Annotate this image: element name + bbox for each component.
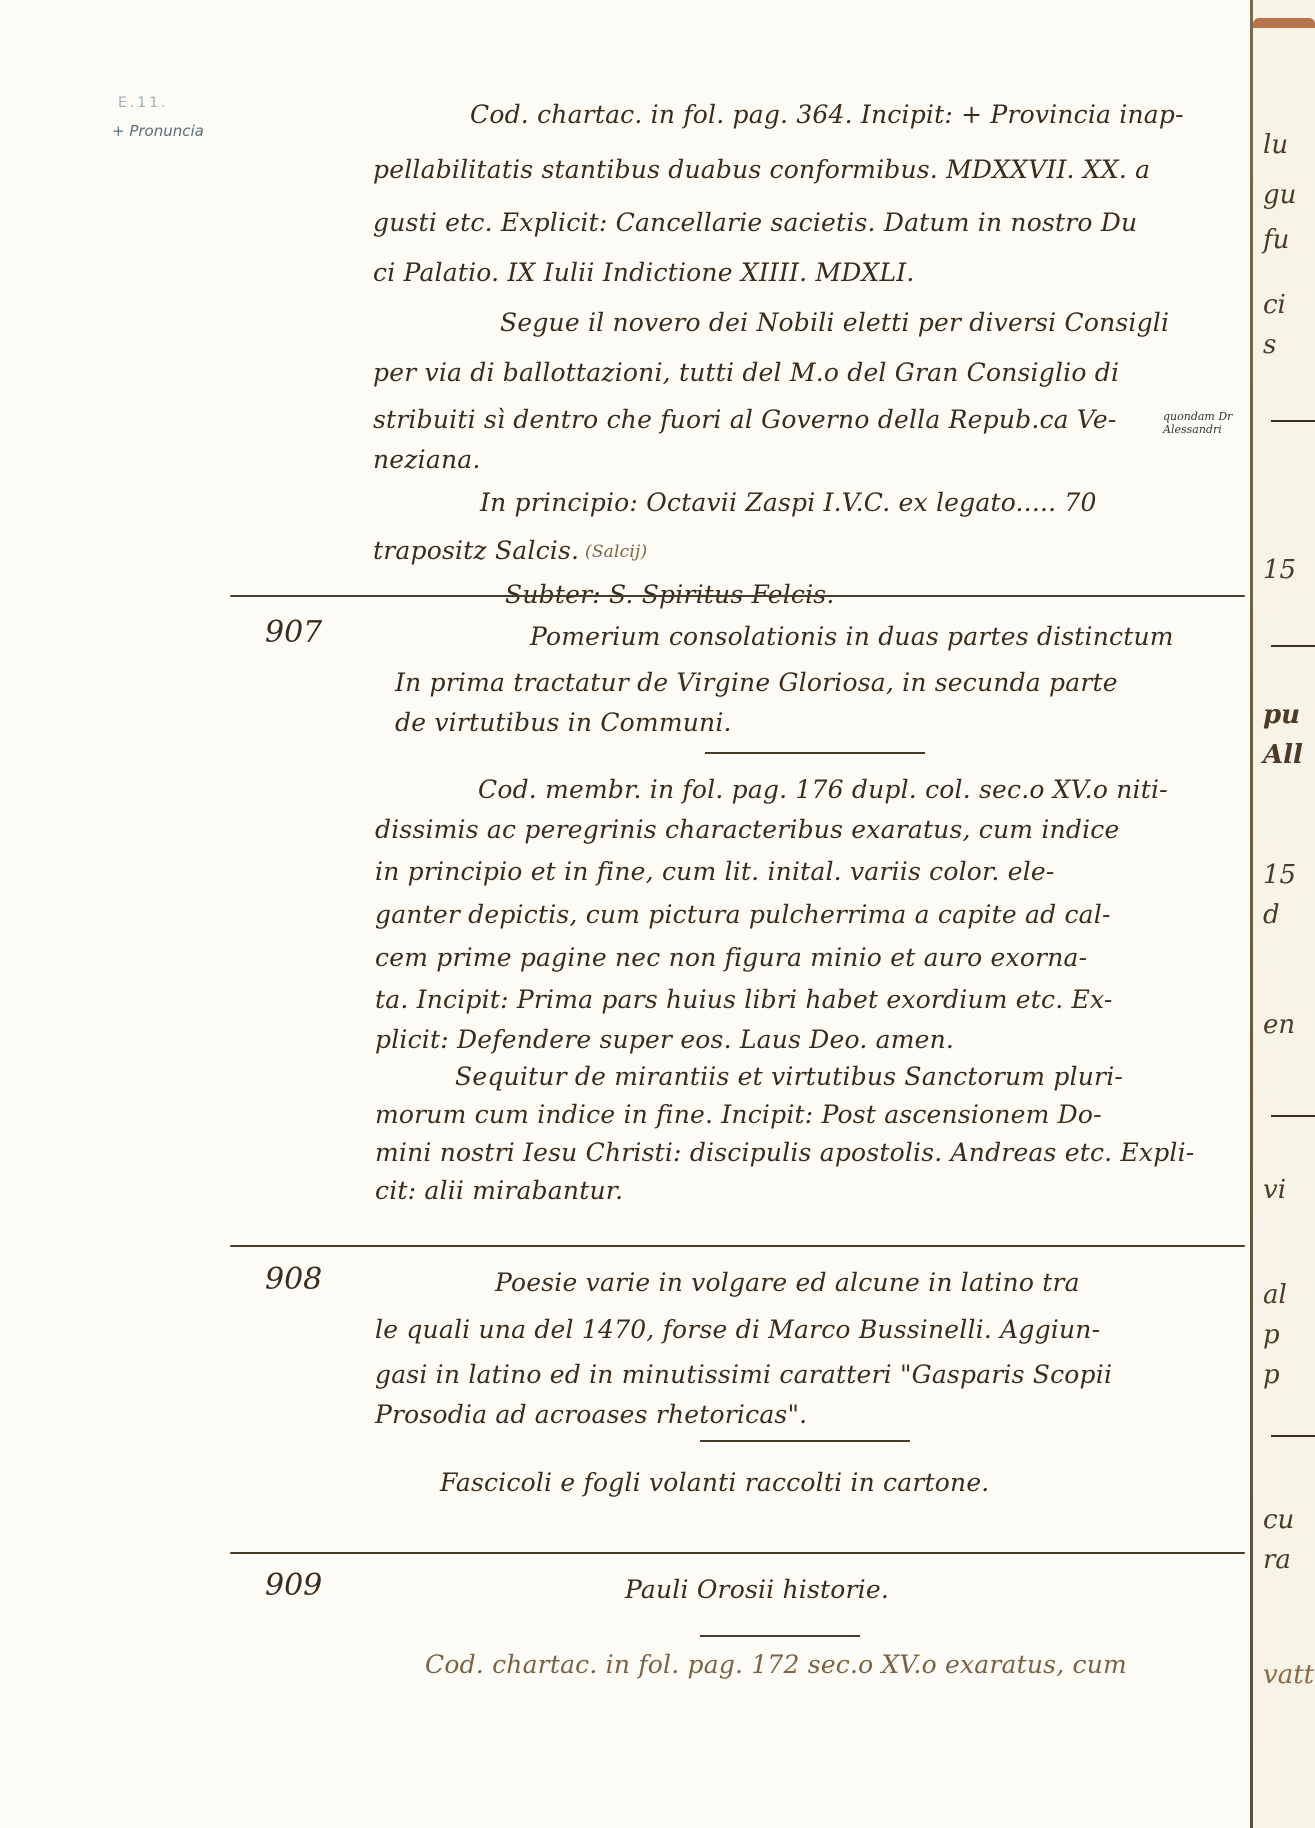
- adjacent-rule: [1271, 1435, 1315, 1437]
- adjacent-fragment: s: [1263, 330, 1276, 360]
- adjacent-rule: [1271, 1115, 1315, 1117]
- text-line: in principio et in fine, cum lit. inital…: [375, 857, 1055, 886]
- entry-title-line: de virtutibus in Communi.: [395, 708, 732, 737]
- entry-number: 908: [265, 1262, 322, 1297]
- text-line: dissimis ac peregrinis characteribus exa…: [375, 815, 1119, 844]
- adjacent-fragment: p: [1263, 1320, 1280, 1350]
- adjacent-fragment: vatti: [1263, 1660, 1315, 1690]
- text-line: morum cum indice in fine. Incipit: Post …: [375, 1100, 1102, 1129]
- text-line: ta. Incipit: Prima pars huius libri habe…: [375, 985, 1113, 1014]
- entry-title: Pauli Orosii historie.: [625, 1575, 889, 1604]
- text-line: ci Palatio. IX Iulii Indictione XIIII. M…: [373, 258, 915, 287]
- entry-note: Fascicoli e fogli volanti raccolti in ca…: [440, 1468, 989, 1497]
- title-underline: [705, 752, 925, 754]
- entry-divider: [230, 1552, 1245, 1554]
- title-underline: [700, 1635, 860, 1637]
- adjacent-page-edge: lu gu fu ci s 15 pu All 15 d en vi al p …: [1253, 0, 1315, 1828]
- adjacent-fragment: ra: [1263, 1545, 1291, 1575]
- text-line: neziana.: [373, 445, 481, 474]
- adjacent-rule: [1271, 420, 1315, 422]
- text-line: Cod. chartac. in fol. pag. 172 sec.o XV.…: [425, 1650, 1127, 1679]
- adjacent-fragment: cu: [1263, 1505, 1294, 1535]
- entry-divider: [230, 1245, 1245, 1247]
- text-line: Cod. membr. in fol. pag. 176 dupl. col. …: [478, 775, 1168, 804]
- text-line: trapositz Salcis.: [373, 536, 579, 565]
- inline-annotation: (Salcij): [585, 542, 647, 562]
- text-line: stribuiti sì dentro che fuori al Governo…: [373, 405, 1117, 434]
- entry-number: 909: [265, 1568, 322, 1603]
- text-line: ganter depictis, cum pictura pulcherrima…: [375, 900, 1111, 929]
- text-line: Cod. chartac. in fol. pag. 364. Incipit:…: [470, 100, 1184, 129]
- text-line: Sequitur de mirantiis et virtutibus Sanc…: [455, 1062, 1123, 1091]
- adjacent-fragment: fu: [1263, 225, 1289, 255]
- text-line: Segue il novero dei Nobili eletti per di…: [500, 308, 1169, 337]
- adjacent-fragment: pu: [1263, 700, 1300, 730]
- margin-note-pronuncia: + Pronuncia: [112, 122, 204, 140]
- entry-divider: [230, 595, 1245, 597]
- library-stamp: E.11.: [118, 95, 169, 111]
- adjacent-fragment: 15: [1263, 555, 1296, 585]
- text-line: cem prime pagine nec non figura minio et…: [375, 943, 1087, 972]
- entry-title-line: In prima tractatur de Virgine Gloriosa, …: [395, 668, 1118, 697]
- text-line: per via di ballottazioni, tutti del M.o …: [373, 358, 1119, 387]
- interlinear-annotation: quondam Dr Alessandri: [1163, 410, 1252, 436]
- entry-title-line: Pomerium consolationis in duas partes di…: [530, 622, 1174, 651]
- adjacent-fragment: al: [1263, 1280, 1287, 1310]
- text-line: Prosodia ad acroases rhetoricas".: [375, 1400, 807, 1429]
- adjacent-rule: [1271, 645, 1315, 647]
- text-line: le quali una del 1470, forse di Marco Bu…: [375, 1315, 1100, 1344]
- adjacent-fragment: 15: [1263, 860, 1296, 890]
- adjacent-fragment: gu: [1263, 180, 1296, 210]
- text-line: plicit: Defendere super eos. Laus Deo. a…: [375, 1025, 954, 1054]
- text-line: cit: alii mirabantur.: [375, 1176, 623, 1205]
- leather-binding-edge: [1253, 18, 1315, 28]
- text-line: pellabilitatis stantibus duabus conformi…: [373, 155, 1150, 184]
- adjacent-fragment: All: [1263, 740, 1303, 770]
- adjacent-fragment: d: [1263, 900, 1280, 930]
- entry-number: 907: [265, 615, 322, 650]
- adjacent-fragment: p: [1263, 1360, 1280, 1390]
- text-line: In principio: Octavii Zaspi I.V.C. ex le…: [480, 488, 1097, 517]
- text-line: gusti etc. Explicit: Cancellarie sacieti…: [373, 208, 1137, 237]
- adjacent-fragment: en: [1263, 1010, 1295, 1040]
- text-line: mini nostri Iesu Christi: discipulis apo…: [375, 1138, 1194, 1167]
- text-line: gasi in latino ed in minutissimi caratte…: [375, 1360, 1112, 1389]
- text-line: Poesie varie in volgare ed alcune in lat…: [495, 1268, 1080, 1297]
- section-underline: [700, 1440, 910, 1442]
- adjacent-fragment: vi: [1263, 1175, 1286, 1205]
- adjacent-fragment: ci: [1263, 290, 1286, 320]
- adjacent-fragment: lu: [1263, 130, 1288, 160]
- manuscript-page: E.11. + Pronuncia Cod. chartac. in fol. …: [0, 0, 1252, 1828]
